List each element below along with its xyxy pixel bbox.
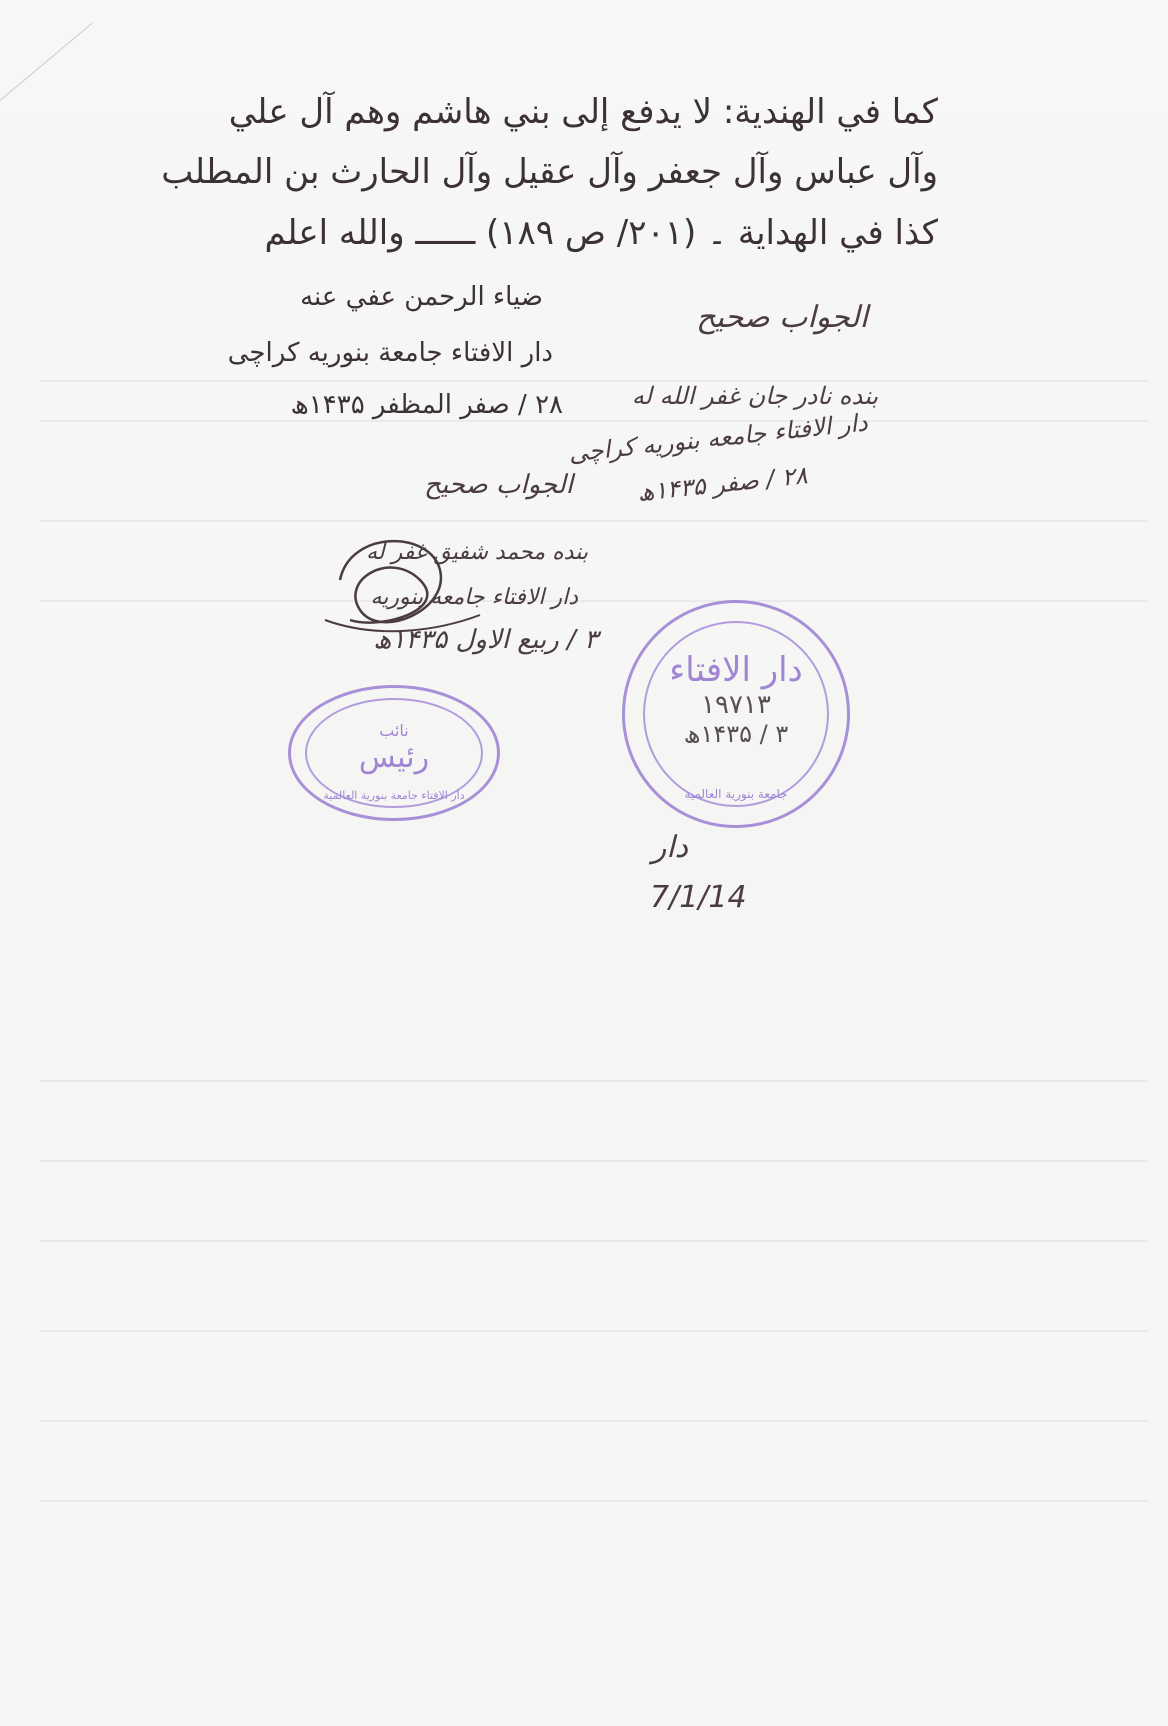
signature-scribble-left <box>320 520 490 650</box>
stamp-right-ring-text: جامعة بنورية العالمية <box>684 787 787 801</box>
author-name: ضياء الرحمن عفي عنه <box>300 282 543 312</box>
author-institution: دار الافتاء جامعة بنوريه كراچی <box>228 338 553 368</box>
show-through-line <box>40 1080 1148 1082</box>
stamp-inner-ring <box>643 621 829 807</box>
show-through-line <box>40 1330 1148 1332</box>
fatwa-line-3: كذا في الهداية ۔ (۲۰۱/ ص ۱۸۹) ــــــ وال… <box>264 212 938 253</box>
initials-signature: دار <box>652 830 688 865</box>
show-through-line <box>40 380 1148 382</box>
endorsement-right-name: بنده نادر جان غفر الله له <box>632 382 878 410</box>
fatwa-line-1: كما في الهندية: لا يدفع إلى بني هاشم وهم… <box>229 92 938 132</box>
endorsement-right-date: ۲۸ / صفر ۱۴۳۵ھ <box>636 461 809 507</box>
endorsement-right-heading: الجواب صحيح <box>696 300 868 335</box>
show-through-line <box>40 420 1148 422</box>
author-date: ۲۸ / صفر المظفر ۱۴۳۵ھ <box>291 390 563 420</box>
show-through-line <box>40 1240 1148 1242</box>
show-through-line <box>40 1420 1148 1422</box>
show-through-line <box>40 600 1148 602</box>
paper-crease <box>0 23 92 101</box>
bottom-date: 7/1/14 <box>650 880 747 915</box>
show-through-line <box>40 1160 1148 1162</box>
fatwa-line-2: وآل عباس وآل جعفر وآل عقيل وآل الحارث بن… <box>161 152 938 192</box>
stamp-left-ring-text: دار الافتاء جامعة بنورية العالمية <box>323 789 464 802</box>
stamp-oval-left: نائب رئيس دار الافتاء جامعة بنورية العال… <box>288 685 500 821</box>
show-through-line <box>40 1500 1148 1502</box>
scanned-page: كما في الهندية: لا يدفع إلى بني هاشم وهم… <box>0 0 1168 1726</box>
endorsement-right-institution: دار الافتاء جامعه بنوريه كراچی <box>567 408 869 467</box>
show-through-line <box>40 520 1148 522</box>
endorsement-left-heading: الجواب صحيح <box>424 470 573 500</box>
stamp-round-right: دار الافتاء ۱۹۷۱۳ ۳ / ۱۴۳۵ھ جامعة بنورية… <box>622 600 850 828</box>
